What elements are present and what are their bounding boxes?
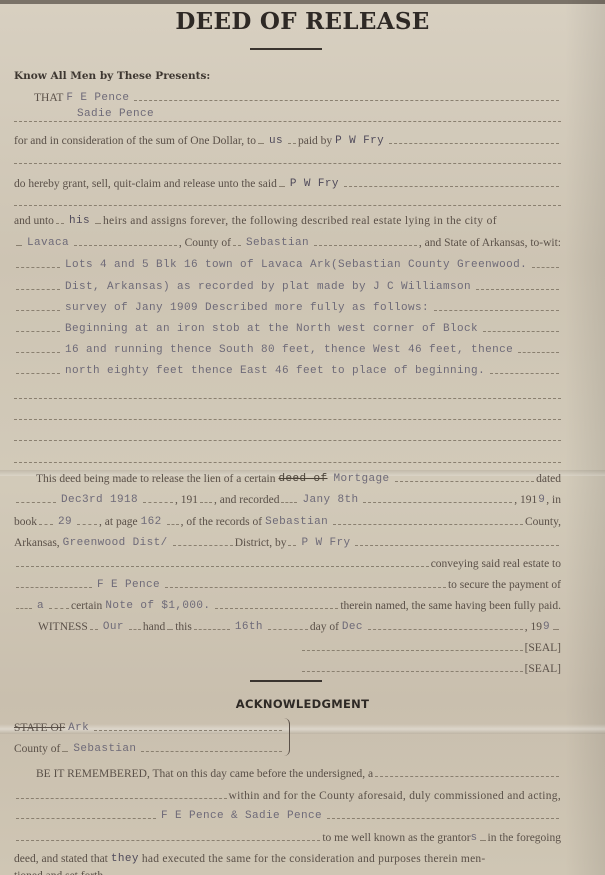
blank-line bbox=[16, 288, 60, 290]
ack-line-2: within and for the County aforesaid, dul… bbox=[14, 786, 561, 802]
book-value: 29 bbox=[58, 516, 72, 528]
ack-line-5: deed, and stated that they had executed … bbox=[14, 849, 561, 865]
struck-text: deed of bbox=[278, 473, 327, 485]
seal-label: [SEAL] bbox=[525, 663, 561, 675]
records-label: , of the records of bbox=[181, 516, 262, 528]
blank-line bbox=[16, 351, 60, 353]
county-label: , County of bbox=[179, 237, 231, 249]
blank-line bbox=[94, 729, 282, 731]
description-text: Dist, Arkansas) as recorded by plat made… bbox=[65, 281, 471, 293]
deed-page: DEED OF RELEASE Know All Men by These Pr… bbox=[0, 0, 605, 875]
description-line: 16 and running thence South 80 feet, the… bbox=[14, 340, 561, 356]
blank-line bbox=[16, 266, 60, 268]
blank-line bbox=[476, 288, 559, 290]
blank-line bbox=[314, 244, 417, 246]
blank-line bbox=[56, 222, 64, 224]
description-line: survey of Jany 1909 Described more fully… bbox=[14, 298, 561, 314]
description-line: Beginning at an iron stob at the North w… bbox=[14, 319, 561, 335]
blank-line bbox=[14, 398, 561, 399]
blank-line bbox=[532, 266, 559, 268]
grantor-name-2: Sadie Pence bbox=[77, 108, 154, 120]
blank-line bbox=[14, 163, 561, 164]
document-title: DEED OF RELEASE bbox=[0, 8, 605, 35]
state-of-label: STATE OF bbox=[14, 722, 65, 734]
note-value: Note of $1,000. bbox=[105, 600, 210, 612]
blank-line bbox=[368, 628, 523, 630]
ack-text: tioned and set forth. bbox=[14, 870, 106, 875]
note-row: a certain Note of $1,000. therein named,… bbox=[14, 596, 561, 612]
witness-month: Dec bbox=[342, 621, 363, 633]
city-value: Lavaca bbox=[27, 237, 69, 249]
this-text: this bbox=[175, 621, 192, 633]
blank-line bbox=[16, 501, 56, 503]
blank-line bbox=[16, 586, 92, 588]
signature-line[interactable] bbox=[302, 670, 523, 672]
day-of-text: day of bbox=[310, 621, 339, 633]
blank-line bbox=[143, 501, 173, 503]
witness-row: WITNESS Our hand this 16th day of Dec , … bbox=[38, 617, 561, 633]
recorded-label: , and recorded bbox=[214, 494, 279, 506]
witness-whose: Our bbox=[103, 621, 124, 633]
blank-line bbox=[16, 309, 60, 311]
blank-line bbox=[215, 607, 338, 609]
seal-row: [SEAL] bbox=[300, 659, 561, 675]
blank-line bbox=[141, 750, 282, 752]
grantor-suffix: s bbox=[471, 832, 478, 844]
year-digit: 9 bbox=[538, 494, 545, 506]
year-prefix: , 191 bbox=[175, 494, 198, 506]
title-rule bbox=[250, 48, 322, 50]
ack-pronoun: they bbox=[111, 853, 139, 865]
blank-line bbox=[281, 501, 297, 503]
ack-text: within and for the County aforesaid, dul… bbox=[229, 790, 561, 802]
blank-line bbox=[14, 419, 561, 420]
to-whom-value: us bbox=[269, 135, 283, 147]
blank-line bbox=[49, 607, 69, 609]
blank-line bbox=[16, 372, 60, 374]
blank-line bbox=[258, 142, 264, 144]
blank-line bbox=[355, 544, 559, 546]
blank-line bbox=[16, 330, 60, 332]
description-line: north eighty feet thence East 46 feet to… bbox=[14, 361, 561, 377]
lien-row: This deed being made to release the lien… bbox=[36, 469, 561, 485]
hand-text: hand bbox=[143, 621, 165, 633]
county-suffix: County, bbox=[525, 516, 561, 528]
blank-line bbox=[194, 628, 230, 630]
record-county-value: Sebastian bbox=[265, 516, 328, 528]
blank-line bbox=[16, 797, 227, 799]
pronoun-value: his bbox=[69, 215, 90, 227]
blank-line bbox=[480, 839, 486, 841]
ack-line-6: tioned and set forth. bbox=[14, 866, 561, 875]
secure-text: to secure the payment of bbox=[448, 579, 561, 591]
state-label: Arkansas, bbox=[14, 537, 60, 549]
blank-line bbox=[553, 628, 559, 630]
ack-county-label: County of bbox=[14, 743, 60, 755]
instrument-value: Mortgage bbox=[334, 473, 390, 485]
paid-by-value: P W Fry bbox=[335, 135, 384, 147]
paid-text: therein named, the same having been full… bbox=[340, 600, 561, 612]
seal-label: [SEAL] bbox=[525, 642, 561, 654]
description-line: Lots 4 and 5 Blk 16 town of Lavaca Ark(S… bbox=[14, 255, 561, 271]
grantor-name-1: F E Pence bbox=[66, 92, 129, 104]
grantor-row-1: THAT F E Pence bbox=[34, 88, 561, 104]
blank-line bbox=[167, 523, 179, 525]
in-label: , in bbox=[546, 494, 561, 506]
blank-line bbox=[518, 351, 559, 353]
district-row: Arkansas, Greenwood Dist/ District, by P… bbox=[14, 533, 561, 549]
ack-text: to me well known as the grantor bbox=[322, 832, 470, 844]
ack-county-row: County of Sebastian bbox=[14, 739, 284, 755]
blank-line bbox=[14, 462, 561, 463]
witness-day: 16th bbox=[235, 621, 263, 633]
blank-line bbox=[490, 372, 559, 374]
description-text: Beginning at an iron stob at the North w… bbox=[65, 323, 478, 335]
blank-line bbox=[279, 185, 285, 187]
blank-line bbox=[268, 628, 308, 630]
ack-text: deed, and stated that bbox=[14, 853, 108, 865]
blank-line bbox=[14, 205, 561, 206]
blank-line bbox=[14, 440, 561, 441]
year-prefix: , 191 bbox=[514, 494, 537, 506]
ack-text: in the foregoing bbox=[488, 832, 561, 844]
state-row: STATE OF Ark bbox=[14, 718, 284, 734]
by-value: P W Fry bbox=[301, 537, 350, 549]
conveying-text: conveying said real estate to bbox=[431, 558, 561, 570]
description-text: survey of Jany 1909 Described more fully… bbox=[65, 302, 429, 314]
page-shadow bbox=[565, 0, 605, 875]
blank-line bbox=[134, 99, 559, 101]
recorded-value: Jany 8th bbox=[302, 494, 358, 506]
grant-text: do hereby grant, sell, quit-claim and re… bbox=[14, 178, 277, 190]
grant-row: do hereby grant, sell, quit-claim and re… bbox=[14, 174, 561, 190]
secure-to-value: F E Pence bbox=[97, 579, 160, 591]
blank-line bbox=[173, 544, 233, 546]
blank-line bbox=[483, 330, 559, 332]
lien-text: This deed being made to release the lien… bbox=[36, 473, 275, 485]
that-label: THAT bbox=[34, 92, 63, 104]
blank-line bbox=[434, 309, 559, 311]
description-line: Dist, Arkansas) as recorded by plat made… bbox=[14, 277, 561, 293]
grantors-names: F E Pence & Sadie Pence bbox=[161, 810, 322, 822]
blank-line bbox=[16, 839, 320, 841]
seal-row: [SEAL] bbox=[300, 638, 561, 654]
blank-line bbox=[395, 480, 535, 482]
grantee-value: P W Fry bbox=[290, 178, 339, 190]
article-value: a bbox=[37, 600, 44, 612]
blank-line bbox=[344, 185, 559, 187]
ack-text: had executed the same for the considerat… bbox=[142, 853, 561, 865]
ack-county-value: Sebastian bbox=[73, 743, 136, 755]
location-row: Lavaca , County of Sebastian , and State… bbox=[14, 233, 561, 249]
blank-line bbox=[77, 523, 97, 525]
blank-line bbox=[327, 817, 559, 819]
heirs-text-2: heirs and assigns forever, the following… bbox=[103, 215, 561, 227]
consideration-text: for and in consideration of the sum of O… bbox=[14, 135, 256, 147]
blank-line bbox=[16, 607, 32, 609]
blank-line bbox=[233, 244, 241, 246]
section-rule bbox=[250, 680, 322, 682]
consideration-row: for and in consideration of the sum of O… bbox=[14, 131, 561, 147]
ack-state-value: Ark bbox=[68, 722, 89, 734]
grantor-row-2: Sadie Pence bbox=[74, 104, 561, 120]
page-value: 162 bbox=[141, 516, 162, 528]
secure-row: F E Pence to secure the payment of bbox=[14, 575, 561, 591]
blank-line bbox=[14, 121, 561, 122]
blank-line bbox=[39, 523, 53, 525]
scan-edge bbox=[0, 0, 605, 4]
bracket bbox=[283, 718, 290, 756]
heirs-row: and unto his heirs and assigns forever, … bbox=[14, 211, 561, 227]
blank-line bbox=[389, 142, 559, 144]
paid-by-label: paid by bbox=[298, 135, 332, 147]
blank-line bbox=[288, 544, 296, 546]
district-value: Greenwood Dist/ bbox=[63, 537, 168, 549]
blank-line bbox=[200, 501, 212, 503]
intro-heading: Know All Men by These Presents: bbox=[14, 70, 210, 82]
description-text: Lots 4 and 5 Blk 16 town of Lavaca Ark(S… bbox=[65, 259, 527, 271]
blank-line bbox=[165, 586, 446, 588]
ack-text: BE IT REMEMBERED, That on this day came … bbox=[36, 768, 373, 780]
county-value: Sebastian bbox=[246, 237, 309, 249]
page-label: , at page bbox=[99, 516, 138, 528]
certain-text: certain bbox=[71, 600, 102, 612]
blank-line bbox=[16, 817, 156, 819]
blank-line bbox=[129, 628, 141, 630]
book-label: book bbox=[14, 516, 37, 528]
blank-line bbox=[375, 775, 559, 777]
blank-line bbox=[363, 501, 512, 503]
heirs-text-1: and unto bbox=[14, 215, 54, 227]
description-text: north eighty feet thence East 46 feet to… bbox=[65, 365, 485, 377]
description-text: 16 and running thence South 80 feet, the… bbox=[65, 344, 513, 356]
blank-line bbox=[167, 628, 173, 630]
blank-line bbox=[95, 222, 101, 224]
blank-line bbox=[333, 523, 523, 525]
state-text: , and State of Arkansas, to-wit: bbox=[419, 237, 561, 249]
dated-label: dated bbox=[536, 473, 561, 485]
dated-value: Dec3rd 1918 bbox=[61, 494, 138, 506]
blank-line bbox=[74, 244, 177, 246]
signature-line[interactable] bbox=[302, 649, 523, 651]
blank-line bbox=[90, 628, 98, 630]
blank-line bbox=[288, 142, 296, 144]
dates-row: Dec3rd 1918 , 191 , and recorded Jany 8t… bbox=[14, 490, 561, 506]
ack-line-4: to me well known as the grantor s in the… bbox=[14, 828, 561, 844]
year-prefix: , 19 bbox=[525, 621, 542, 633]
ack-line-1: BE IT REMEMBERED, That on this day came … bbox=[36, 764, 561, 780]
ack-line-3: F E Pence & Sadie Pence bbox=[14, 806, 561, 822]
blank-line bbox=[16, 244, 22, 246]
witness-label: WITNESS bbox=[38, 621, 88, 633]
witness-year-digit: 9 bbox=[543, 621, 550, 633]
blank-line bbox=[62, 750, 68, 752]
record-row: book 29 , at page 162 , of the records o… bbox=[14, 512, 561, 528]
conveying-row: conveying said real estate to bbox=[14, 554, 561, 570]
blank-line bbox=[16, 565, 429, 567]
acknowledgment-title: ACKNOWLEDGMENT bbox=[0, 697, 605, 711]
district-label: District, by bbox=[235, 537, 287, 549]
